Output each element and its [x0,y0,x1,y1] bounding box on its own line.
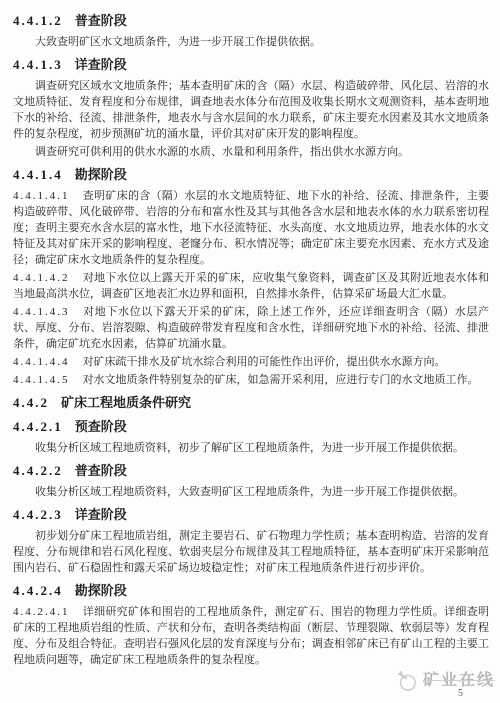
clause-number: 4.4.1.4.2 [13,272,70,284]
section-heading: 4.4.2.4勘探阶段 [13,582,489,600]
section-number: 4.4.2.2 [13,463,63,478]
document-page: 4.4.1.2普查阶段大致查明矿区水文地质条件，为进一步开展工作提供依据。4.4… [0,0,500,703]
paragraph: 初步划分矿床工程地质岩组，测定主要岩石、矿石物理力学性质；基本查明构造、岩溶的发… [13,528,489,576]
section-number: 4.4.1.3 [13,57,63,72]
clause-number: 4.4.1.4.1 [13,190,70,202]
clause-number: 4.4.2.4.1 [13,606,70,618]
section-heading: 4.4.2.1预查阶段 [13,418,489,436]
section-heading: 4.4.1.2普查阶段 [13,12,489,30]
paragraph: 调查研究区域水文地质条件；基本查明矿床的含（隔）水层、构造破碎带、风化层、岩溶的… [13,78,489,142]
numbered-clause: 4.4.2.4.1详细研究矿体和围岩的工程地质条件，测定矿石、围岩的物理力学性质… [13,604,489,668]
section-heading: 4.4.1.3详查阶段 [13,56,489,74]
numbered-clause: 4.4.1.4.4对矿床疏干排水及矿坑水综合利用的可能性作出评价，提出供水水源方… [13,354,489,370]
paragraph: 大致查明矿区水文地质条件，为进一步开展工作提供依据。 [13,34,489,50]
section-number: 4.4.2.4 [13,583,63,598]
paragraph: 收集分析区域工程地质资料，初步了解矿区工程地质条件，为进一步开展工作提供依据。 [13,440,489,456]
numbered-clause: 4.4.1.4.2对地下水位以上露天开采的矿床，应收集气象资料，调查矿区及其附近… [13,270,489,302]
section-number: 4.4.1.4 [13,167,63,182]
watermark: 矿业在线 5 [390,670,495,699]
section-number: 4.4.2.3 [13,507,63,522]
section-number: 4.4.2 [13,395,49,410]
section-title: 详查阶段 [75,507,127,522]
section-title: 矿床工程地质条件研究 [61,395,191,410]
clause-number: 4.4.1.4.4 [13,356,70,368]
section-title: 预查阶段 [75,419,127,434]
section-title: 普查阶段 [75,13,127,28]
clause-number: 4.4.1.4.5 [13,374,70,386]
section-heading: 4.4.2.3详查阶段 [13,506,489,524]
watermark-text: 矿业在线 [423,673,495,689]
clause-number: 4.4.1.4.3 [13,306,70,318]
numbered-clause: 4.4.1.4.1查明矿床的含（隔）水层的水文地质特征、地下水的补给、径流、排泄… [13,188,489,268]
numbered-clause: 4.4.1.4.5对水文地质条件特别复杂的矿床，如急需开采利用，应进行专门的水文… [13,372,489,388]
numbered-clause: 4.4.1.4.3对地下水位以下露天开采的矿床，除上述工作外，还应详细查明含（隔… [13,304,489,352]
section-heading: 4.4.2矿床工程地质条件研究 [13,394,489,412]
paragraph: 收集分析区域工程地质资料，大致查明矿区工程地质条件，为进一步开展工作提供依据。 [13,484,489,500]
section-title: 勘探阶段 [75,167,127,182]
section-heading: 4.4.1.4勘探阶段 [13,166,489,184]
document-body: 4.4.1.2普查阶段大致查明矿区水文地质条件，为进一步开展工作提供依据。4.4… [0,0,500,668]
section-heading: 4.4.2.2普查阶段 [13,462,489,480]
section-number: 4.4.1.2 [13,13,63,28]
section-number: 4.4.2.1 [13,419,63,434]
watermark-row: 矿业在线 [390,670,495,692]
section-title: 普查阶段 [75,463,127,478]
section-title: 勘探阶段 [75,583,127,598]
mining-online-logo-icon [396,670,418,692]
paragraph: 调查研究可供利用的供水水源的水质、水量和利用条件，指出供水水源方向。 [13,144,489,160]
section-title: 详查阶段 [75,57,127,72]
